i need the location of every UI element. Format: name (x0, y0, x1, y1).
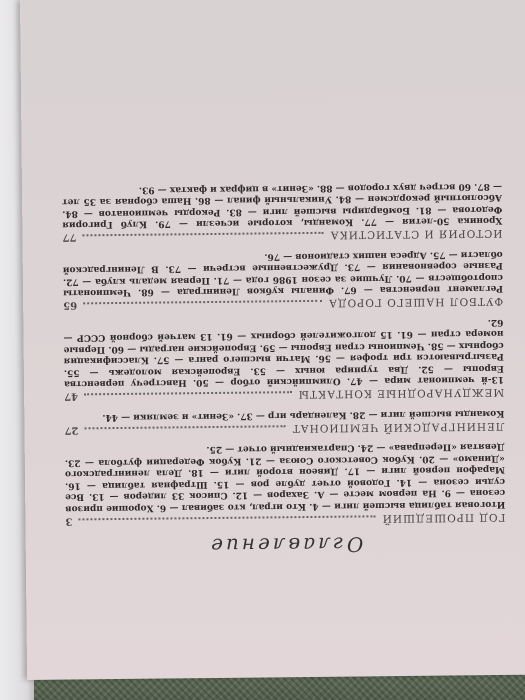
toc-title: Оглавление (66, 531, 506, 560)
dot-leader (82, 232, 323, 238)
section-heading: Футбол нашего города (328, 295, 503, 309)
dot-leader (83, 300, 322, 306)
section-page-number: 65 (63, 300, 77, 311)
section-entries: 13-й чемпионат мира — 47. Олимпийский от… (63, 315, 504, 389)
toc-section: Ленинградский чемпионат 27 Команды высше… (64, 406, 504, 436)
section-entries: Регламент первенства — 67. Финалы кубков… (63, 247, 503, 298)
section-heading: Год прошедший (382, 511, 506, 524)
toc-section: Футбол нашего города 65 Регламент первен… (63, 247, 504, 312)
section-heading-row: Международные контакты 47 (64, 386, 504, 403)
section-page-number: 77 (62, 232, 76, 243)
book-page: Оглавление Год прошедший 3 Итоговая табл… (20, 0, 525, 680)
table-of-contents: Оглавление Год прошедший 3 Итоговая табл… (61, 135, 505, 560)
section-heading: Ленинградский чемпионат (292, 420, 505, 434)
toc-section: История и статистика 77 Хроника 50-летия… (62, 179, 503, 244)
toc-section: Международные контакты 47 13-й чемпионат… (63, 315, 504, 403)
section-heading-row: Ленинградский чемпионат 27 (64, 420, 504, 437)
section-heading-row: История и статистика 77 (62, 227, 502, 244)
section-page-number: 47 (64, 391, 78, 402)
toc-section: Год прошедший 3 Итоговая таблица высшей … (65, 440, 506, 528)
dot-leader (78, 515, 375, 521)
section-entries: Итоговая таблица высшей лиги — 4. Кто иг… (65, 440, 506, 514)
section-heading: История и статистика (330, 227, 503, 241)
section-entries: Хроника 50-летия — 77. Команды, которые … (62, 179, 502, 230)
section-heading-row: Футбол нашего города 65 (63, 295, 503, 312)
dot-leader (84, 425, 285, 430)
dot-leader (84, 392, 292, 397)
section-page-number: 27 (64, 424, 78, 435)
section-heading: Международные контакты (298, 386, 505, 400)
section-page-number: 3 (65, 515, 72, 526)
section-heading-row: Год прошедший 3 (65, 511, 505, 528)
